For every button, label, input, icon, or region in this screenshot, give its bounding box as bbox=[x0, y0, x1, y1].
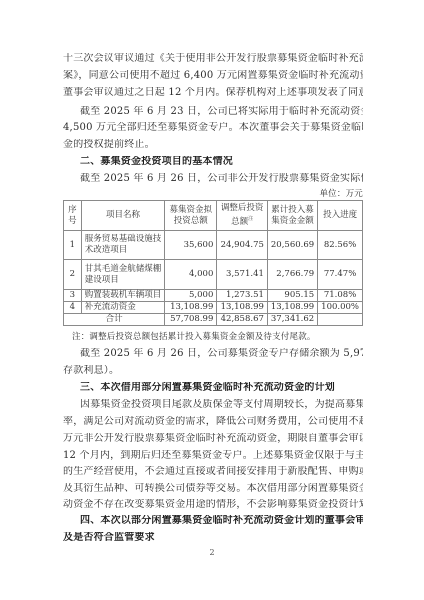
section-3-line-6: 及其衍生品种、可转换公司债券等交易。本次借用部分闲置募集资金临时补充流 bbox=[63, 483, 363, 495]
row-adjusted: 13,108.99 bbox=[217, 302, 268, 314]
section-4-heading-line-1: 四、本次以部分闲置募集资金临时补充流动资金计划的董事会审议程序以 bbox=[80, 515, 363, 527]
row-planned: 5,000 bbox=[165, 290, 217, 302]
section-3-line-7: 动资金不存在改变募集资金用途的情形，不会影响募集资金投资计划的正常进行。 bbox=[63, 499, 363, 511]
total-progress bbox=[318, 314, 363, 326]
row-cumulative: 905.15 bbox=[267, 290, 317, 302]
section-3-line-5: 的生产经营使用，不会通过直接或者间接安排用于新股配售、申购或者用于股票 bbox=[63, 466, 363, 478]
row-progress: 77.47% bbox=[318, 260, 363, 290]
row-no: 1 bbox=[64, 231, 82, 260]
page-number: 2 bbox=[0, 548, 424, 557]
row-adjusted: 24,904.75 bbox=[217, 231, 268, 260]
header-planned: 募集资金拟投资总额 bbox=[165, 201, 217, 231]
header-adjusted-note-mark: 注 bbox=[248, 216, 253, 222]
table-note: 注：调整后投资总额包括累计投入募集资金金额及待支付尾款。 bbox=[72, 331, 372, 343]
paragraph-2-line-3: 金的授权提前终止。 bbox=[63, 139, 363, 151]
total-cumulative: 37,341.62 bbox=[267, 314, 317, 326]
row-progress: 100.00% bbox=[318, 302, 363, 314]
section-3-line-1: 因募集资金投资项目尾款及质保金等支付周期较长，为提高募集资金使用效 bbox=[80, 399, 363, 411]
paragraph-1-line-2: 案》，同意公司使用不超过 6,400 万元闲置募集资金临时补充流动资金，期限自 bbox=[63, 70, 363, 82]
unit-label: 单位：万元 bbox=[63, 188, 363, 200]
row-name: 服务贸易基础设施技术改造项目 bbox=[81, 231, 165, 260]
header-progress: 投入进度 bbox=[318, 201, 363, 231]
header-name: 项目名称 bbox=[81, 201, 165, 231]
section-2-intro: 截至 2025 年 6 月 26 日，公司非公开发行股票募集资金实际使用情况如下… bbox=[80, 173, 363, 185]
header-adjusted-text: 调整后投资总额 bbox=[221, 203, 264, 227]
section-3-line-4: 12 个月内，到期后归还至募集资金专户。上述募集资金仅限于与主营业务相关 bbox=[63, 450, 363, 462]
table-row: 1 服务贸易基础设施技术改造项目 35,600 24,904.75 20,560… bbox=[64, 231, 363, 260]
row-name: 补充流动资金 bbox=[81, 302, 165, 314]
row-no: 2 bbox=[64, 260, 82, 290]
paragraph-2-line-2: 4,500 万元全部归还至募集资金专户。本次董事会关于募集资金临时补充流动资 bbox=[63, 122, 363, 134]
section-4-heading-line-2: 及是否符合监管要求 bbox=[63, 532, 363, 544]
table-total-row: 合计 57,708.99 42,858.67 37,341.62 bbox=[64, 314, 363, 326]
table-row: 2 甘其毛道金航储煤棚建设项目 4,000 3,571.41 2,766.79 … bbox=[64, 260, 363, 290]
row-cumulative: 20,560.69 bbox=[267, 231, 317, 260]
row-progress: 82.56% bbox=[318, 231, 363, 260]
row-name: 甘其毛道金航储煤棚建设项目 bbox=[81, 260, 165, 290]
total-label: 合计 bbox=[64, 314, 165, 326]
paragraph-1-line-3: 董事会审议通过之日起 12 个月内。保荐机构对上述事项发表了同意的意见。 bbox=[63, 87, 363, 99]
total-adjusted: 42,858.67 bbox=[217, 314, 268, 326]
header-cumulative: 累计投入募集资金金额 bbox=[267, 201, 317, 231]
section-2-heading: 二、募集资金投资项目的基本情况 bbox=[80, 156, 363, 168]
table-row: 4 补充流动资金 13,108.99 13,108.99 13,108.99 1… bbox=[64, 302, 363, 314]
row-name: 购置装载机车辆项目 bbox=[81, 290, 165, 302]
section-3-line-3: 万元非公开发行股票募集资金临时补充流动资金，期限自董事会审议通过之日起 bbox=[63, 433, 363, 445]
header-no: 序号 bbox=[64, 201, 82, 231]
section-3-heading: 三、本次借用部分闲置募集资金临时补充流动资金的计划 bbox=[80, 382, 363, 394]
paragraph-2-line-1: 截至 2025 年 6 月 23 日，公司已将实际用于临时补充流动资金的募集资金 bbox=[80, 106, 363, 118]
row-adjusted: 3,571.41 bbox=[217, 260, 268, 290]
table-row: 3 购置装载机车辆项目 5,000 1,273.51 905.15 71.08% bbox=[64, 290, 363, 302]
section-3-line-2: 率，满足公司对流动资金的需求，降低公司财务费用，公司使用不超过 5,500 bbox=[63, 416, 363, 428]
fund-usage-table: 序号 项目名称 募集资金拟投资总额 调整后投资总额注 累计投入募集资金金额 投入… bbox=[63, 200, 363, 326]
paragraph-3-line-2: 存款利息）。 bbox=[63, 365, 363, 377]
row-cumulative: 2,766.79 bbox=[267, 260, 317, 290]
total-planned: 57,708.99 bbox=[165, 314, 217, 326]
table-header-row: 序号 项目名称 募集资金拟投资总额 调整后投资总额注 累计投入募集资金金额 投入… bbox=[64, 201, 363, 231]
row-no: 4 bbox=[64, 302, 82, 314]
row-adjusted: 1,273.51 bbox=[217, 290, 268, 302]
header-adjusted: 调整后投资总额注 bbox=[217, 201, 268, 231]
row-no: 3 bbox=[64, 290, 82, 302]
row-cumulative: 13,108.99 bbox=[267, 302, 317, 314]
paragraph-1-line-1: 十三次会议审议通过《关于使用非公开发行股票募集资金临时补充流动资金的议 bbox=[63, 53, 363, 65]
row-planned: 35,600 bbox=[165, 231, 217, 260]
row-planned: 4,000 bbox=[165, 260, 217, 290]
paragraph-3-line-1: 截至 2025 年 6 月 26 日，公司募集资金专户存储余额为 5,970.8… bbox=[80, 348, 363, 360]
row-progress: 71.08% bbox=[318, 290, 363, 302]
row-planned: 13,108.99 bbox=[165, 302, 217, 314]
